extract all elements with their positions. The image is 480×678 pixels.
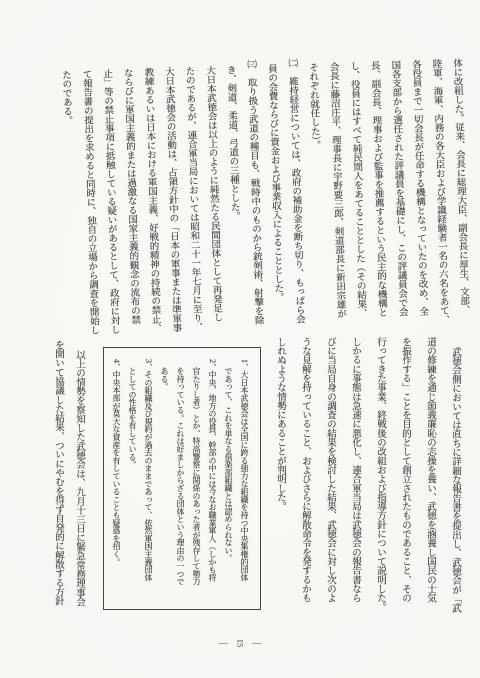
notice-item-column: 4、中央本部が莫大な資産を有していることも疑惑を招く。	[108, 359, 124, 603]
text-column: 以上の情勢を察知した武徳会は、九月十三日に緊急常務理事会	[68, 340, 89, 626]
notice-item-column: であって、これを単なる倶楽部組織とは認められない。	[220, 359, 236, 603]
closing-paragraph: 以上の情勢を察知した武徳会は、九月十三日に緊急常務理事会 を開いて協議した結果、…	[46, 340, 89, 626]
page-number: ―15―	[0, 637, 480, 648]
page-number-dash-right: ―	[252, 638, 261, 648]
text-column: びに当局自身の調査の結果を検討した結果、武徳会に対し次のよ	[317, 337, 342, 623]
page-number-value: 15	[235, 639, 245, 648]
notice-box: 1、大日本武徳会は全国に跨る強力な組織を持つ中央集権的団体 であって、これを単な…	[103, 347, 261, 610]
text-column: 武徳会側においては直ちに詳細な報告書を提出し、武徳会が「武	[442, 337, 467, 623]
text-column: 道の修練を通じ節義廉恥の志操を養い、武徳を涵養し国民の士気	[417, 337, 442, 623]
notice-item-column: 2、中央、地方の役員、幹部の中には今なお職業軍人（しかも将	[204, 359, 220, 603]
notice-item-column: 1、大日本武徳会は全国に跨る強力な組織を持つ中央集権的団体	[236, 359, 252, 603]
notice-item-column: 3、その組織及び規約が過去のままであって、依然軍国主義団体	[140, 359, 156, 603]
text-column: を開いて協議した結果、ついにやむを得ず自発的に解散する方針	[47, 340, 68, 626]
lower-text-tier: 武徳会側においては直ちに詳細な報告書を提出し、武徳会が「武 道の修練を通じ節義廉…	[266, 337, 467, 623]
notice-item-column: ある。	[156, 359, 172, 603]
text-column: 行ってきた事業、終戦後の改組および指導方針について説明した。	[367, 337, 392, 623]
text-column: を振作する」ことを目的として創立されたものであること、その	[392, 337, 417, 623]
notice-item-column: 官たりし者）とか、特高警察に関係のあった者が残存して勢力	[188, 359, 204, 603]
text-column: しかるに事態は急速に悪化し、連合軍当局は武徳会の報告書なら	[342, 337, 367, 623]
page-number-dash-left: ―	[219, 638, 228, 648]
text-column: うな見解を持っていること、およびさらに解散命令を発するかも	[292, 337, 317, 623]
upper-text-tier: 体に改組した。従来、会長に総理大臣、副会長に厚生、文部、 陸軍、海軍、内務の各大…	[54, 58, 474, 352]
notice-item-column: としての性格を有している。	[124, 359, 140, 603]
text-column: しれぬような情勢にあることが判明した。	[267, 337, 292, 623]
notice-item-column: を持っている。これは好ましからざる団体という理由の一つで	[172, 359, 188, 603]
